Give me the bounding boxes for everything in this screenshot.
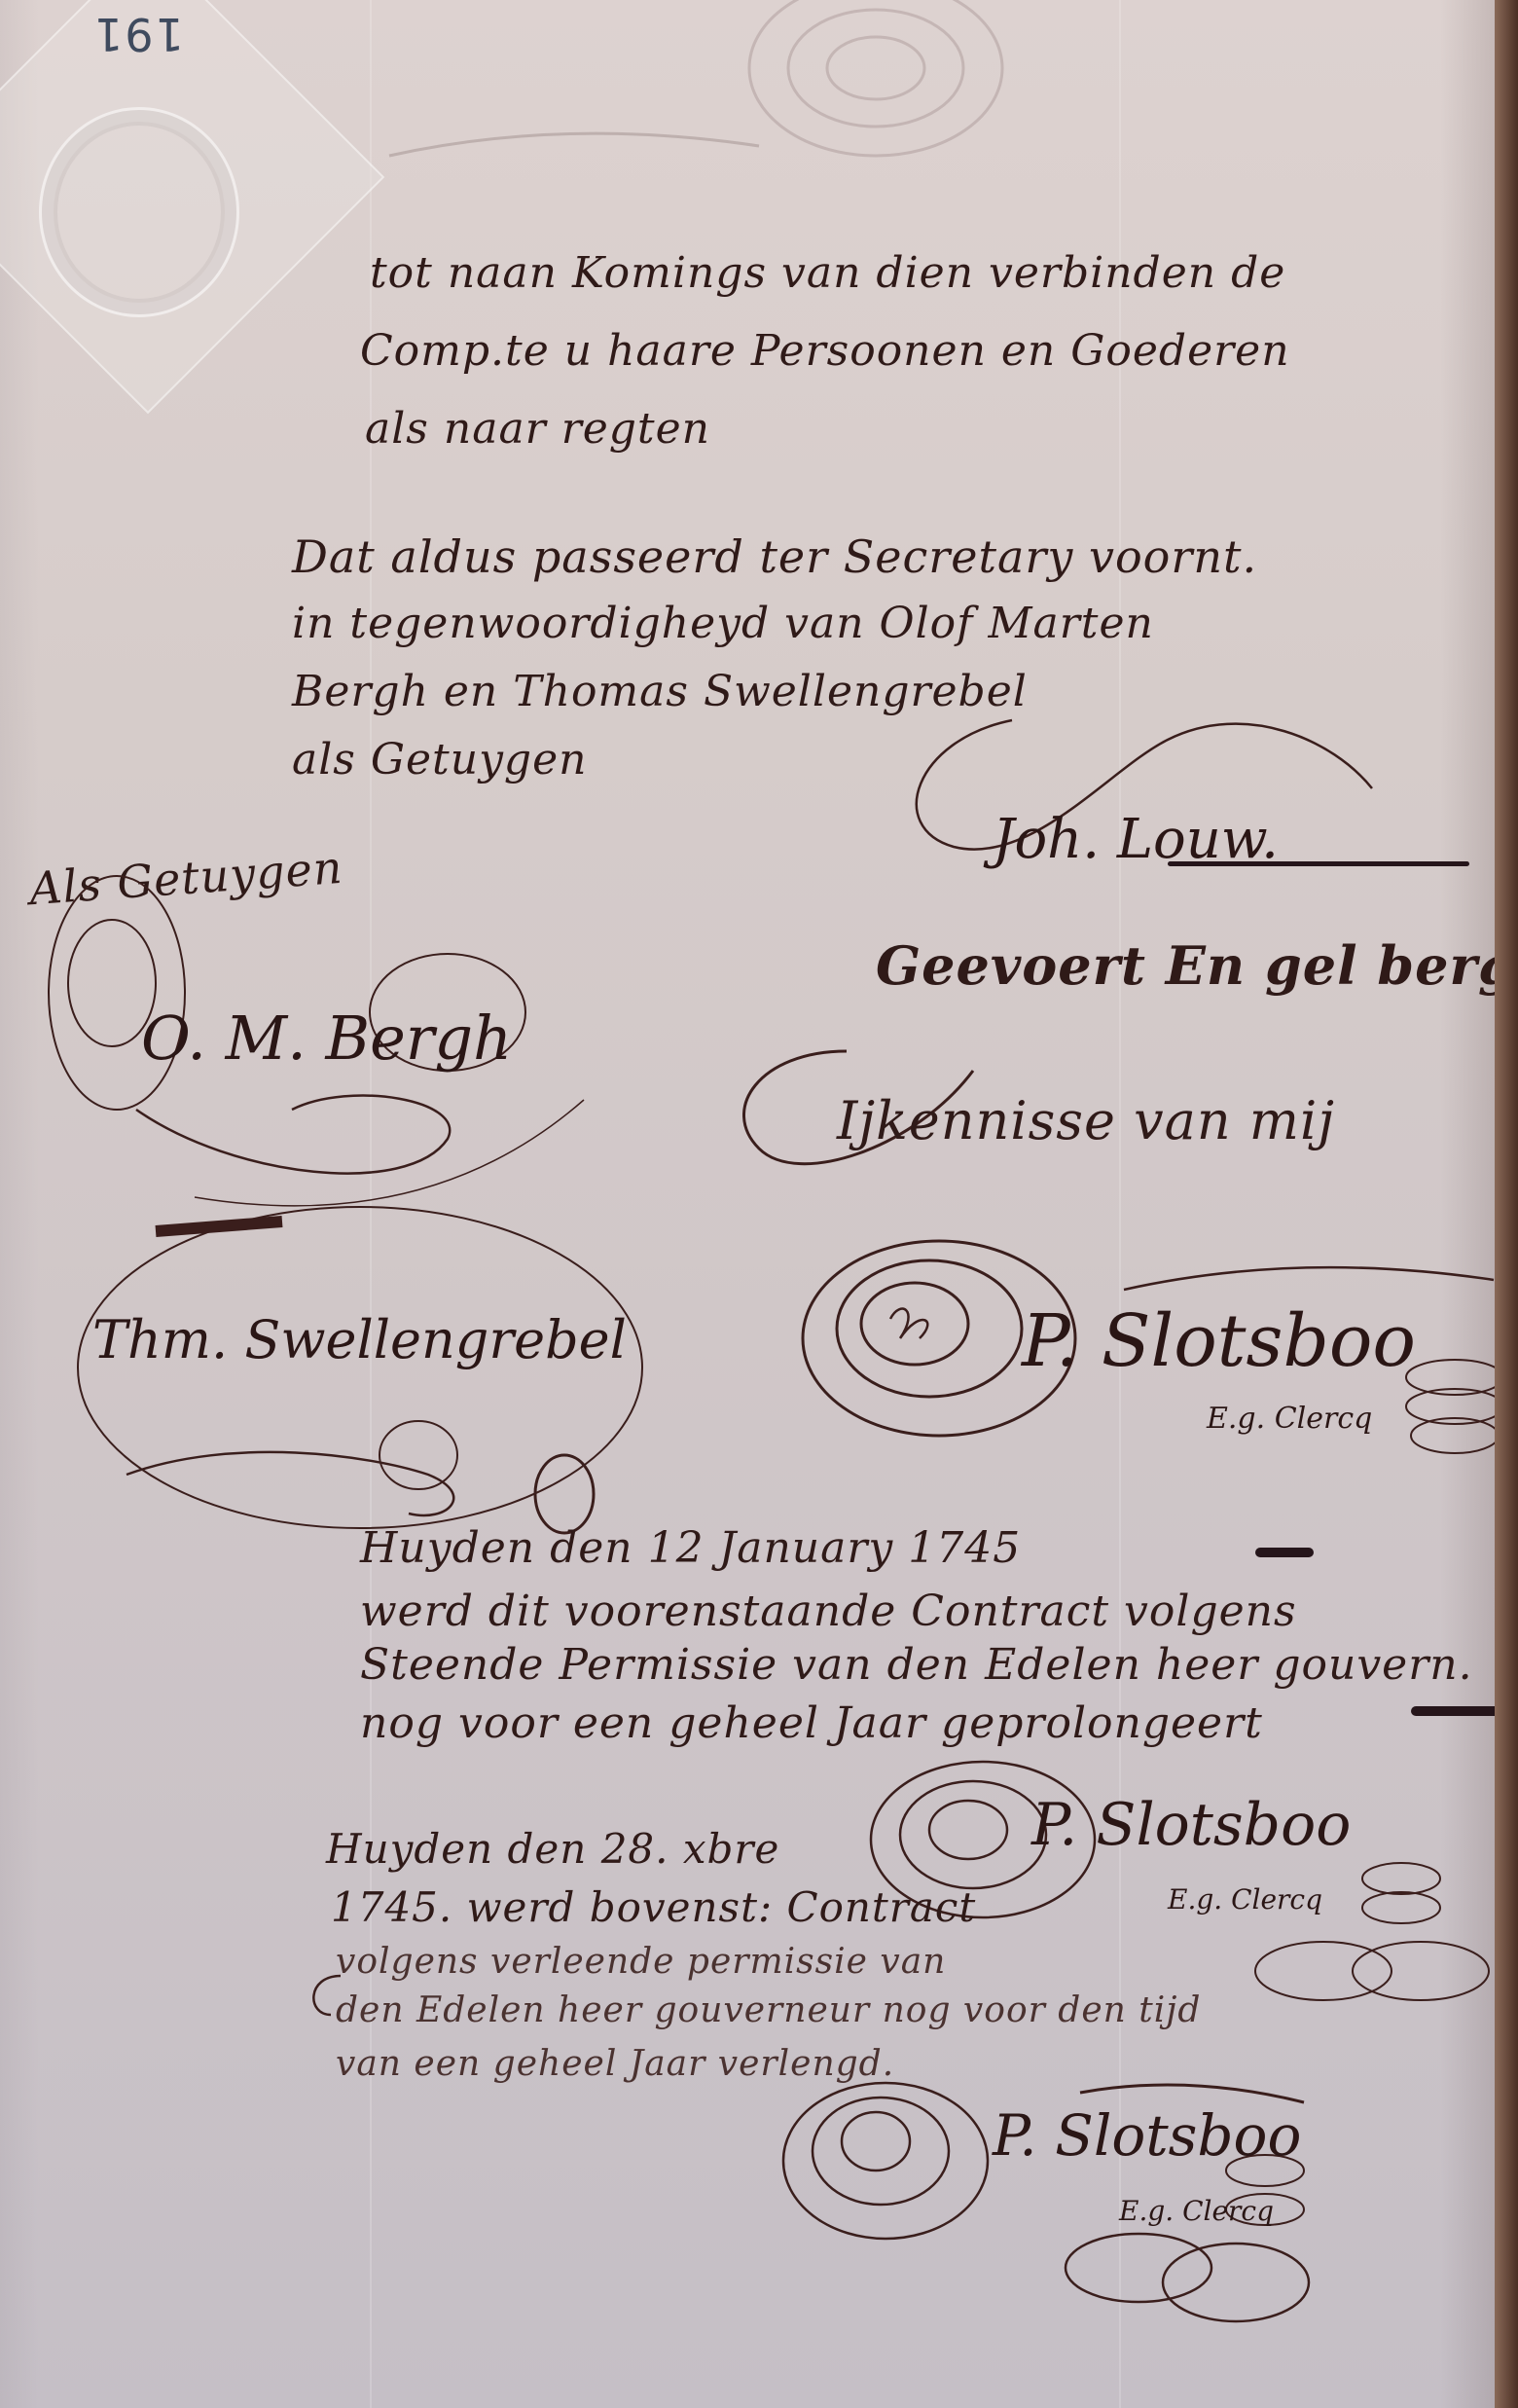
text-line: in tegenwoordigheyd van Olof Marten <box>292 599 1154 648</box>
clerk-signature: P. Slotsboo <box>993 2102 1301 2169</box>
embossed-stamp <box>0 39 370 331</box>
clerk-title: E.g. Clercq <box>1168 1883 1322 1915</box>
extension-2-line: Huyden den 28. xbre <box>326 1825 779 1873</box>
text-line: Dat aldus passeerd ter Secretary voornt. <box>292 530 1257 583</box>
clerk-flourish-icon <box>856 1742 1499 1995</box>
folio-number: 191 <box>92 8 184 60</box>
extension-1-line: nog voor een geheel Jaar geprolongeert <box>360 1698 1263 1748</box>
text-line: als naar regten <box>365 404 710 454</box>
book-spine-edge <box>1495 0 1518 2408</box>
document-page: 191 tot naan Komings van dien verbinden … <box>0 0 1495 2408</box>
ink-dash <box>1411 1706 1508 1716</box>
ink-dash <box>1255 1548 1314 1557</box>
seal-icon <box>39 107 239 317</box>
extension-1-line: werd dit voorenstaande Contract volgens <box>360 1587 1297 1636</box>
extension-2-line: volgens verleende permissie van <box>336 1942 946 1982</box>
witness-signature-swellengrebel: Thm. Swellengrebel <box>92 1309 627 1370</box>
extension-2-line: 1745. werd bovenst: Contract <box>331 1883 976 1931</box>
clerk-signature: P. Slotsboo <box>1031 1791 1351 1859</box>
clerk-signature: P. Slotsboo <box>1022 1299 1416 1383</box>
clerk-title: E.g. Clercq <box>1207 1402 1372 1436</box>
text-line: als Getuygen <box>292 735 587 784</box>
extension-1-line: Steende Permissie van den Edelen heer go… <box>360 1640 1473 1690</box>
witness-signature-bergh: O. M. Bergh <box>141 1003 512 1074</box>
clerk-title: E.g. Clercq <box>1119 2195 1274 2227</box>
attestation-line: Geevoert En gel berg <box>876 934 1516 997</box>
text-line: Comp.te u haare Persoonen en Goederen <box>360 326 1290 376</box>
text-line: tot naan Komings van dien verbinden de <box>370 248 1285 298</box>
extension-2-line: den Edelen heer gouverneur nog voor den … <box>336 1990 1201 2030</box>
extension-1-line: Huyden den 12 January 1745 <box>360 1523 1021 1573</box>
attestation-line: Ijkennisse van mij <box>837 1090 1335 1151</box>
signature-underline <box>1168 861 1469 866</box>
bleed-through-flourish-icon <box>370 0 1051 214</box>
